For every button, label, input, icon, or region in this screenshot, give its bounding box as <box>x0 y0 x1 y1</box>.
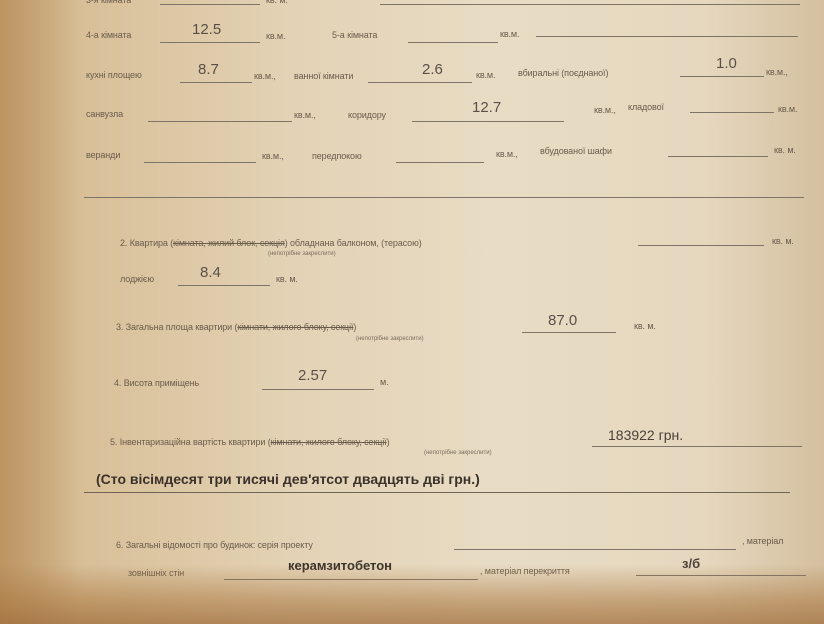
storage-unit: кв.м. <box>778 104 797 114</box>
kitchen-value: 8.7 <box>198 61 219 78</box>
balcony-line <box>638 245 764 246</box>
kitchen-label: кухні площею <box>86 70 142 80</box>
balcony-unit: кв. м. <box>772 236 794 246</box>
sanvuzol-label: санвузла <box>86 109 123 119</box>
item2-struck: кімната, жилий блок, секція <box>173 238 285 248</box>
bath-unit: кв.м. <box>476 70 495 80</box>
hall-line <box>396 162 484 163</box>
item3-text: 3. Загальна площа квартири (кімнати, жил… <box>116 322 356 332</box>
section-divider <box>84 197 804 198</box>
item2-note: (непотрібне закреслити) <box>268 251 336 257</box>
height-line <box>262 389 374 390</box>
loggia-value: 8.4 <box>200 264 221 281</box>
wardrobe-unit: кв. м. <box>774 145 796 155</box>
floor-material-value: з/б <box>682 556 700 571</box>
page-shadow-bottom <box>0 564 824 624</box>
room3-label: 3-я кімната <box>86 0 131 5</box>
words-line <box>84 492 790 493</box>
height-label: 4. Висота приміщень <box>114 378 199 388</box>
page-shadow-left <box>0 0 80 624</box>
wc-value: 1.0 <box>716 55 737 72</box>
item3-line <box>522 332 616 333</box>
height-unit: м. <box>380 377 389 387</box>
building-info-label: 6. Загальні відомості про будинок: серія… <box>116 540 313 550</box>
room5-extra-line <box>536 36 798 37</box>
loggia-unit: кв. м. <box>276 274 298 284</box>
walls-line <box>224 579 478 580</box>
room5-line <box>408 42 498 43</box>
series-line <box>454 549 736 550</box>
room4-label: 4-а кімната <box>86 30 131 40</box>
sanvuzol-unit: кв.м., <box>294 110 316 120</box>
row0-line <box>380 4 800 5</box>
veranda-unit: кв.м., <box>262 151 284 161</box>
corridor-label: коридору <box>348 110 386 120</box>
wc-unit: кв.м., <box>766 67 788 77</box>
loggia-label: лоджією <box>120 274 154 284</box>
loggia-line <box>178 285 270 286</box>
room3-line <box>160 4 260 5</box>
item3-note: (непотрібне закреслити) <box>356 336 424 342</box>
walls-label: зовнішніх стін <box>128 568 184 578</box>
veranda-line <box>144 162 256 163</box>
wc-line <box>680 76 764 77</box>
veranda-label: веранди <box>86 150 120 160</box>
storage-line <box>690 112 774 113</box>
walls-value: керамзитобетон <box>288 558 392 573</box>
wc-label: вбиральні (поєднаної) <box>518 68 608 78</box>
item5-note: (непотрібне закреслити) <box>424 450 492 456</box>
kitchen-unit: кв.м., <box>254 71 276 81</box>
floor-line <box>636 575 806 576</box>
sanvuzol-line <box>148 121 292 122</box>
kitchen-line <box>180 82 252 83</box>
bath-value: 2.6 <box>422 61 443 78</box>
room4-value: 12.5 <box>192 21 221 38</box>
room4-line <box>160 42 260 43</box>
wardrobe-line <box>668 156 768 157</box>
storage-label: кладової <box>628 102 664 112</box>
hall-unit: кв.м., <box>496 149 518 159</box>
room3-unit: кв. м. <box>266 0 288 5</box>
bath-line <box>368 82 472 83</box>
corridor-line <box>412 121 564 122</box>
inventory-value: 183922 грн. <box>608 427 683 443</box>
item3-struck: кімнати, жилого блоку, секції <box>237 322 353 332</box>
corridor-value: 12.7 <box>472 99 501 116</box>
room5-unit: кв.м. <box>500 29 519 39</box>
bath-label: ванної кімнати <box>294 71 353 81</box>
item5-struck: кімнати, жилого блоку, секції <box>271 437 387 447</box>
inventory-value-words: (Сто вісімдесят три тисячі дев'ятсот два… <box>96 471 480 487</box>
hall-label: передпокою <box>312 151 362 161</box>
material-label: , матеріал <box>742 536 783 546</box>
room5-label: 5-а кімната <box>332 30 377 40</box>
height-value: 2.57 <box>298 367 327 384</box>
item5-line <box>592 446 802 447</box>
floor-material-label: , матеріал перекриття <box>480 566 570 576</box>
item5-text: 5. Інвентаризаційна вартість квартири (к… <box>110 437 390 447</box>
wardrobe-label: вбудованої шафи <box>540 146 612 156</box>
total-area-value: 87.0 <box>548 312 577 329</box>
room4-unit: кв.м. <box>266 31 285 41</box>
corridor-unit: кв.м., <box>594 105 616 115</box>
item2-text: 2. Квартира (кімната, жилий блок, секція… <box>120 238 422 248</box>
total-area-unit: кв. м. <box>634 321 656 331</box>
